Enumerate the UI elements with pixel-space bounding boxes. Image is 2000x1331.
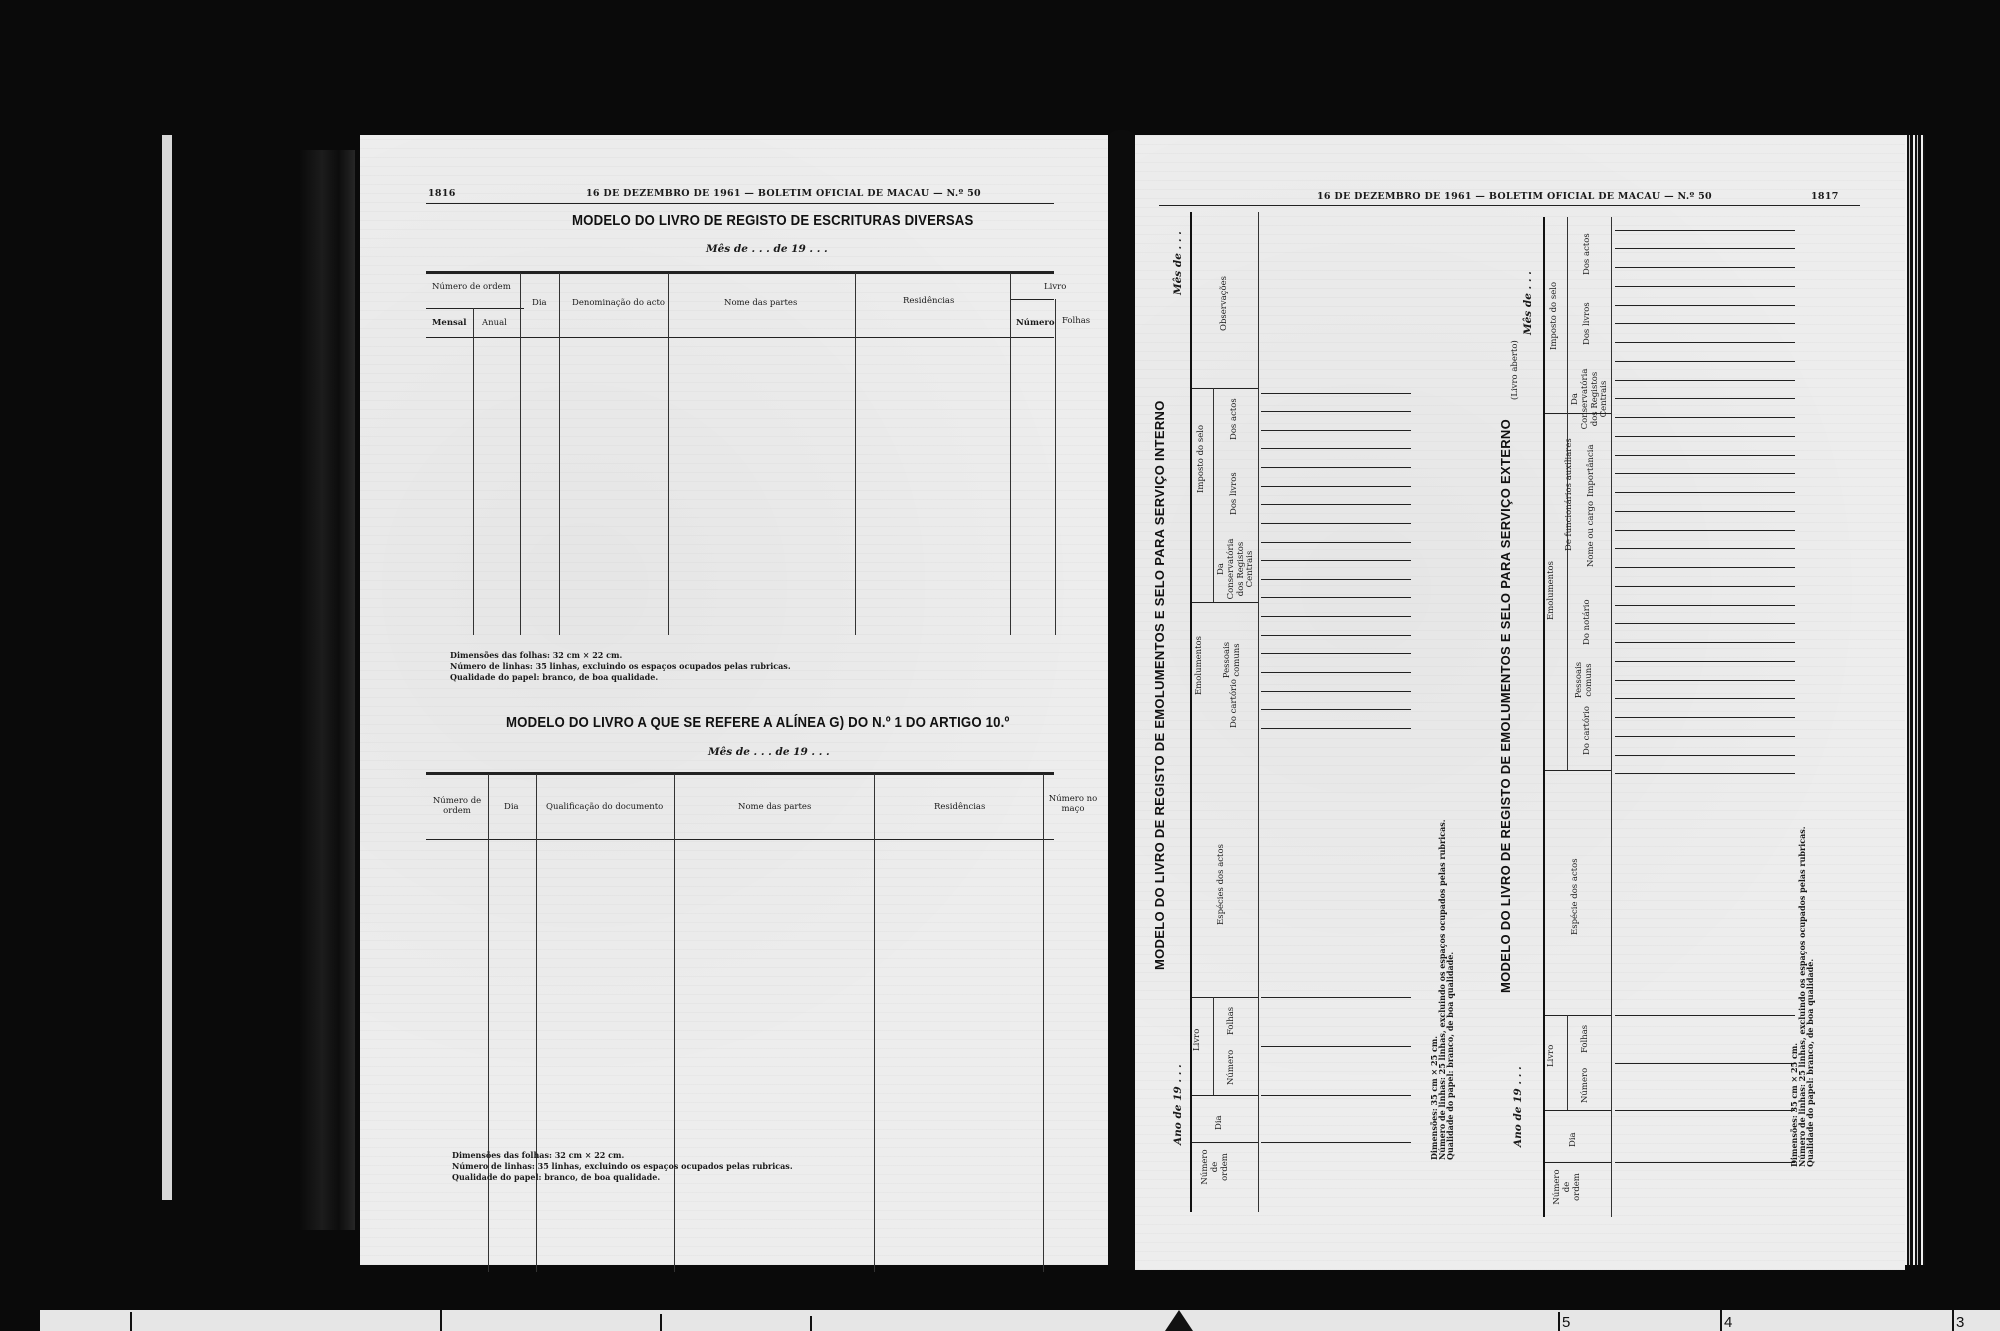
col-dia-2: Dia — [504, 803, 519, 813]
table2-title: MODELO DO LIVRO A QUE SE REFERE A ALÍNEA… — [506, 715, 1010, 730]
col-mensal: Mensal — [432, 319, 467, 329]
externo-imposto-selo: Imposto do selo — [1550, 282, 1560, 350]
externo-dos-actos: Dos actos — [1583, 233, 1593, 275]
interno-dos-livros: Dos livros — [1230, 472, 1240, 515]
externo-emolumentos: Emolumentos — [1547, 561, 1557, 620]
externo-do-cartorio: Do cartório — [1583, 706, 1593, 755]
left-page: 1816 16 DE DEZEMBRO DE 1961 — BOLETIM OF… — [360, 135, 1108, 1265]
interno-dos-actos: Dos actos — [1230, 398, 1240, 440]
table1-footnote: Dimensões das folhas: 32 cm × 22 cm. Núm… — [450, 650, 791, 682]
interno-imposto-selo: Imposto do selo — [1197, 425, 1207, 493]
interno-numero: Número — [1227, 1050, 1237, 1085]
externo-folhas: Folhas — [1581, 1025, 1591, 1053]
col-anual: Anual — [482, 319, 507, 329]
interno-title: MODELO DO LIVRO DE REGISTO DE EMOLUMENTO… — [1153, 400, 1166, 970]
col-nome-partes-2: Nome das partes — [738, 803, 811, 813]
table1-subtitle: Mês de . . . de 19 . . . — [706, 244, 828, 255]
right-page-stack-edge — [1905, 135, 1925, 1265]
interno-livro: Livro — [1193, 1029, 1203, 1051]
col-nome-partes: Nome das partes — [724, 299, 797, 309]
film-marker-5: 5 — [1562, 1314, 1570, 1331]
col-numero: Número — [1016, 319, 1055, 329]
col-dia: Dia — [532, 299, 547, 309]
interno-do-cartorio: Do cartório — [1230, 679, 1240, 728]
interno-da-conservatoria: Da Conservatória dos Registos Centrais — [1217, 537, 1256, 601]
col-residencias: Residências — [903, 297, 954, 307]
col-folhas: Folhas — [1062, 317, 1090, 327]
externo-title: MODELO DO LIVRO DE REGISTO DE EMOLUMENTO… — [1499, 419, 1512, 993]
externo-ano: Ano de 19 . . . — [1513, 1066, 1524, 1147]
header-rule — [426, 203, 1054, 204]
externo-da-conservatoria: Da Conservatória dos Registos Centrais — [1571, 367, 1610, 431]
film-edge-strip — [162, 135, 172, 1200]
externo-importancia: Importância — [1587, 444, 1597, 497]
header-rule-right — [1159, 205, 1860, 206]
interno-folhas: Folhas — [1227, 1007, 1237, 1035]
externo-pessoais: Pessoais comuns — [1575, 660, 1595, 700]
externo-numero: Número — [1581, 1068, 1591, 1103]
externo-dia: Dia — [1569, 1132, 1579, 1147]
externo-livro: Livro — [1547, 1045, 1557, 1067]
externo-do-notario: Do notário — [1583, 599, 1593, 645]
col-numero-ordem-2: Número de ordem — [430, 797, 484, 817]
page-number-right: 1817 — [1811, 192, 1839, 202]
interno-pessoais: Pessoais comuns — [1223, 640, 1243, 680]
interno-especie: Espécies dos actos — [1217, 844, 1227, 925]
interno-observacoes: Observações — [1220, 276, 1230, 331]
interno-footnote: Dimensões: 35 cm × 25 cm. Número de linh… — [1430, 819, 1454, 1160]
col-numero-maco: Número no maço — [1048, 795, 1098, 815]
book-gutter — [1108, 130, 1135, 1270]
externo-numero-ordem: Número de ordem — [1553, 1167, 1582, 1207]
interno-mes: Mês de . . . — [1173, 231, 1184, 295]
externo-footnote: Dimensões: 35 cm × 25 cm. Número de linh… — [1790, 826, 1814, 1167]
externo-especie: Espécie dos actos — [1571, 858, 1581, 935]
interno-ano: Ano de 19 . . . — [1173, 1064, 1184, 1145]
externo-dos-livros: Dos livros — [1583, 302, 1593, 345]
externo-livro-aberto: (Livro aberto) — [1511, 340, 1521, 400]
table2-subtitle: Mês de . . . de 19 . . . — [708, 747, 830, 758]
externo-nome-cargo: Nome ou cargo — [1587, 501, 1597, 567]
interno-emolumentos: Emolumentos — [1195, 636, 1205, 695]
externo-mes: Mês de . . . — [1523, 271, 1534, 335]
film-marker-4: 4 — [1724, 1314, 1732, 1331]
interno-dia: Dia — [1215, 1115, 1225, 1130]
col-livro: Livro — [1044, 283, 1066, 293]
film-marker-3: 3 — [1956, 1314, 1964, 1331]
running-header: 16 DE DEZEMBRO DE 1961 — BOLETIM OFICIAL… — [586, 189, 981, 199]
col-residencias-2: Residências — [934, 803, 985, 813]
film-center-marker — [1165, 1310, 1193, 1331]
col-numero-ordem: Número de ordem — [432, 283, 511, 293]
interno-numero-ordem: Número de ordem — [1201, 1147, 1230, 1187]
table1-title: MODELO DO LIVRO DE REGISTO DE ESCRITURAS… — [572, 213, 974, 228]
col-qualificacao: Qualificação do documento — [546, 803, 663, 813]
page-stack-edge — [300, 150, 355, 1230]
table2-footnote: Dimensões das folhas: 32 cm × 22 cm. Núm… — [452, 1150, 793, 1182]
page-number: 1816 — [428, 189, 456, 199]
col-denominacao: Denominação do acto — [572, 299, 665, 309]
film-bottom-strip: 5 4 3 — [40, 1310, 2000, 1331]
running-header-right: 16 DE DEZEMBRO DE 1961 — BOLETIM OFICIAL… — [1317, 192, 1712, 202]
externo-funcionarios: De funcionários auxiliares — [1565, 438, 1575, 551]
right-page: 16 DE DEZEMBRO DE 1961 — BOLETIM OFICIAL… — [1135, 135, 1905, 1270]
